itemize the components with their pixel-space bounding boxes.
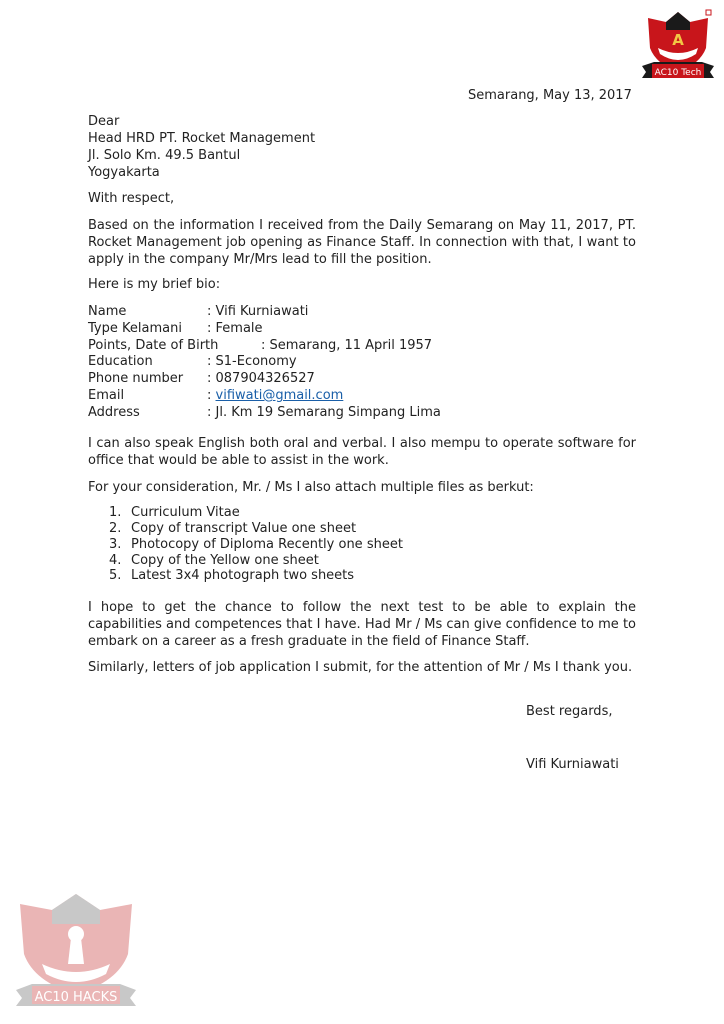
bio-value: : Female bbox=[207, 320, 263, 337]
salutation: With respect, bbox=[88, 190, 174, 207]
bio-label: Phone number bbox=[88, 370, 183, 387]
closing-regards: Best regards, bbox=[526, 703, 612, 720]
keyhole-shield-icon: AC10 HACKS bbox=[14, 890, 138, 1014]
recipient-line: Head HRD PT. Rocket Management bbox=[88, 130, 315, 147]
recipient-line: Jl. Solo Km. 49.5 Bantul bbox=[88, 147, 240, 164]
skills-paragraph: I can also speak English both oral and v… bbox=[88, 435, 636, 469]
recipient-line: Dear bbox=[88, 113, 119, 130]
bio-heading: Here is my brief bio: bbox=[88, 276, 220, 293]
bio-value: : S1-Economy bbox=[207, 353, 297, 370]
list-item: 3.Photocopy of Diploma Recently one shee… bbox=[109, 537, 403, 553]
attachments-intro: For your consideration, Mr. / Ms I also … bbox=[88, 479, 534, 496]
email-link[interactable]: vifiwati@gmail.com bbox=[216, 388, 344, 403]
intro-paragraph: Based on the information I received from… bbox=[88, 217, 636, 268]
bio-value: : Jl. Km 19 Semarang Simpang Lima bbox=[207, 404, 441, 421]
hope-paragraph: I hope to get the chance to follow the n… bbox=[88, 599, 636, 650]
list-item: 5.Latest 3x4 photograph two sheets bbox=[109, 568, 354, 584]
list-item: 1.Curriculum Vitae bbox=[109, 505, 240, 521]
bio-label: Email bbox=[88, 387, 124, 404]
list-item: 2.Copy of transcript Value one sheet bbox=[109, 521, 356, 537]
bio-label: Points, Date of Birth bbox=[88, 337, 218, 354]
ac10-hacks-watermark: AC10 HACKS bbox=[14, 890, 138, 1014]
email-prefix: : bbox=[207, 388, 216, 403]
bio-label: Address bbox=[88, 404, 140, 421]
shield-logo-icon: A AC10 Tech bbox=[640, 8, 716, 82]
letter-date: Semarang, May 13, 2017 bbox=[468, 87, 632, 104]
ac10-tech-logo: A AC10 Tech bbox=[640, 8, 716, 82]
bio-label: Type Kelamani bbox=[88, 320, 182, 337]
svg-text:A: A bbox=[672, 31, 684, 49]
closing-paragraph: Similarly, letters of job application I … bbox=[88, 659, 636, 676]
list-item: 4.Copy of the Yellow one sheet bbox=[109, 553, 319, 569]
bio-value: : 087904326527 bbox=[207, 370, 315, 387]
bio-value: : Semarang, 11 April 1957 bbox=[261, 337, 432, 354]
svg-text:AC10 Tech: AC10 Tech bbox=[655, 68, 702, 78]
recipient-line: Yogyakarta bbox=[88, 164, 160, 181]
signature-name: Vifi Kurniawati bbox=[526, 756, 619, 773]
bio-label: Name bbox=[88, 303, 126, 320]
bio-label: Education bbox=[88, 353, 153, 370]
svg-text:AC10 HACKS: AC10 HACKS bbox=[35, 990, 118, 1005]
bio-value: : Vifi Kurniawati bbox=[207, 303, 308, 320]
bio-value: : vifiwati@gmail.com bbox=[207, 387, 343, 404]
